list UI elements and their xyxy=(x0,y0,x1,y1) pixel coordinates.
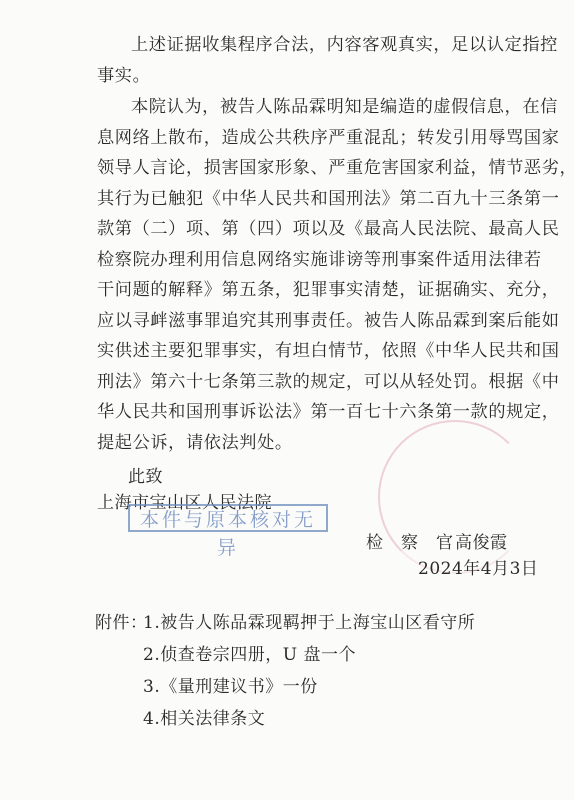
text-line: 应以寻衅滋事罪追究其刑事责任。被告人陈品霖到案后能如 xyxy=(97,306,515,337)
copy-verified-stamp: 本件与原本核对无异 xyxy=(128,504,328,532)
signature-date: 2024年4月3日 xyxy=(418,554,538,579)
text-line: 上述证据收集程序合法，内容客观真实，足以认定指控 xyxy=(97,30,515,61)
text-line: 息网络上散布，造成公共秩序严重混乱；转发引用辱骂国家 xyxy=(97,123,515,154)
paragraph-evidence: 上述证据收集程序合法，内容客观真实，足以认定指控 事实。 xyxy=(97,30,515,91)
indictment-page: 上述证据收集程序合法，内容客观真实，足以认定指控 事实。 本院认为，被告人陈品霖… xyxy=(0,0,574,800)
text-line: 检察院办理利用信息网络实施诽谤等刑事案件适用法律若 xyxy=(97,245,515,276)
signature-name: 高俊霞 xyxy=(455,528,508,553)
text-line: 干问题的解释》第五条，犯罪事实清楚，证据确实、充分， xyxy=(97,275,515,306)
text-line: 事实。 xyxy=(97,61,515,92)
text-line: 实供述主要犯罪事实，有坦白情节，依照《中华人民共和国 xyxy=(97,336,515,367)
text-line: 本院认为，被告人陈品霖明知是编造的虚假信息，在信 xyxy=(97,92,515,123)
attachment-item: 4.相关法律条文 xyxy=(143,704,265,729)
salutation: 此致 xyxy=(128,462,163,487)
signature-title: 检 察 官 xyxy=(366,528,454,553)
attachments-label: 附件： xyxy=(95,608,148,633)
text-line: 款第（二）项、第（四）项以及《最高人民法院、最高人民 xyxy=(97,214,515,245)
attachment-item: 1.被告人陈品霖现羁押于上海宝山区看守所 xyxy=(143,608,475,633)
paragraph-court-opinion: 本院认为，被告人陈品霖明知是编造的虚假信息，在信 息网络上散布，造成公共秩序严重… xyxy=(97,92,515,458)
text-line: 刑法》第六十七条第三款的规定，可以从轻处罚。根据《中 xyxy=(97,367,515,398)
attachment-item: 3.《量刑建议书》一份 xyxy=(143,672,318,697)
attachment-item: 2.侦查卷宗四册，U 盘一个 xyxy=(143,640,356,665)
text-line: 其行为已触犯《中华人民共和国刑法》第二百九十三条第一 xyxy=(97,184,515,215)
text-line: 领导人言论，损害国家形象、严重危害国家利益，情节恶劣， xyxy=(97,153,515,184)
